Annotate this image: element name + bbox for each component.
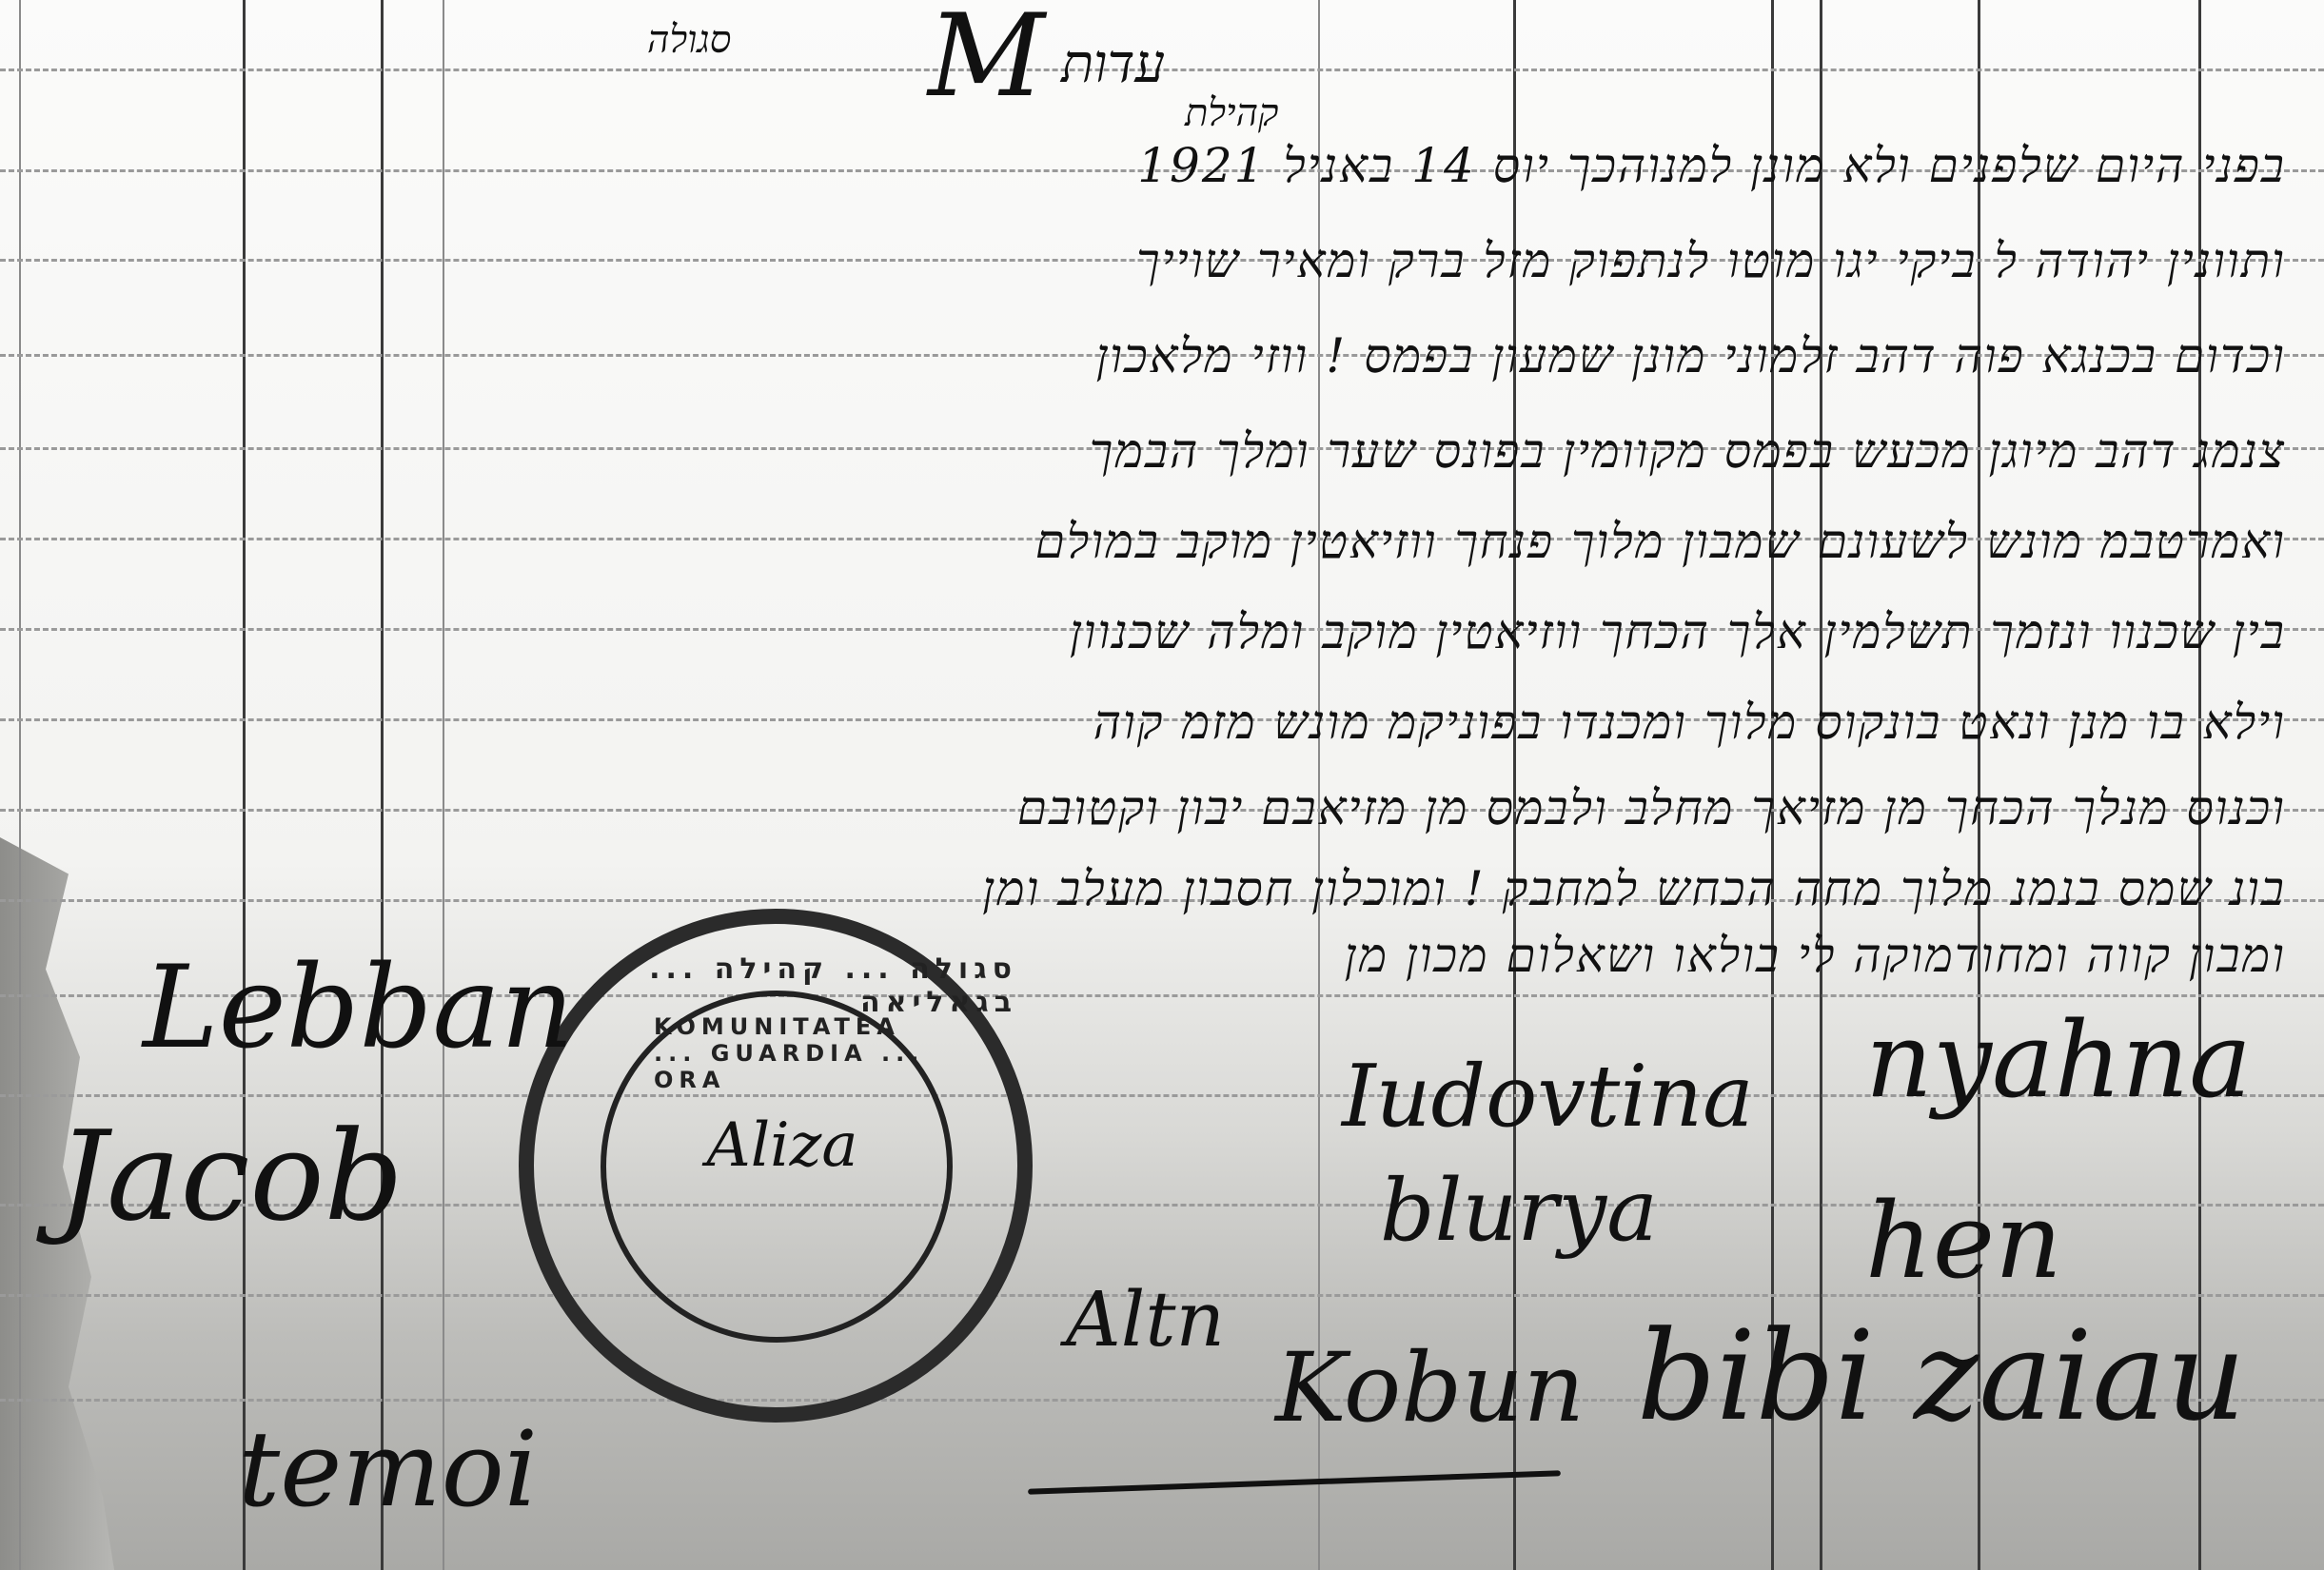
body-line-8: וכנוס מנלך הכחך מן מזיאך מחלב ולבמס מן מ… bbox=[1017, 780, 2286, 835]
signature-hen: hen bbox=[1865, 1180, 2062, 1302]
signature-jacob: Jacob bbox=[57, 1104, 404, 1248]
body-line-4: צנמג דהב מיוגן מכעש בפמס מקוומין בפונס ש… bbox=[1090, 423, 2286, 479]
stamp-center-signature: Aliza bbox=[682, 1110, 882, 1181]
body-line-6: בין שכנוו ונזמך תשלמין אלך הכחך ווזיאטין… bbox=[1070, 604, 2286, 659]
ruling-vertical bbox=[19, 0, 21, 1570]
body-line-5: ואמרטבמ מונש לשעונם שמבון מלוך פנחך ווזי… bbox=[1035, 514, 2286, 569]
ruling-vertical bbox=[381, 0, 384, 1570]
signature-bibi-zaiau: bibi zaiau bbox=[1637, 1304, 2246, 1448]
body-line-1: בפני היום שלפנים ולא מונן למנוהכך יוס 14… bbox=[1137, 138, 2286, 193]
body-line-10: ומבון קווה ומחודמוקה לי בולאו ושאלום מכו… bbox=[1345, 928, 2286, 983]
signature-nyahna: nyahna bbox=[1865, 999, 2252, 1121]
ruling-vertical bbox=[443, 0, 444, 1570]
top-left-mark: סגולה bbox=[647, 17, 731, 62]
body-line-7: וילא בו מנן ונאט בונקוס מלוך ומכנדו בפונ… bbox=[1093, 695, 2286, 750]
signature-kobun: Kobun bbox=[1275, 1332, 1585, 1443]
stamp-inner-ring: KOMUNITATEA ... GUARDIA ... ORA Aliza bbox=[601, 991, 953, 1343]
body-line-3: וכדום בכנגא פוה דהב זלמוני מונן שמעון בפ… bbox=[1096, 328, 2286, 383]
signature-altn: Altn bbox=[1066, 1275, 1225, 1364]
signature-blurya: blurya bbox=[1380, 1161, 1658, 1261]
heading-word: עדות bbox=[1061, 33, 1165, 95]
signature-lebban: Lebban bbox=[143, 942, 574, 1074]
monogram: M bbox=[928, 0, 1045, 123]
signature-temoi: temoi bbox=[238, 1408, 538, 1530]
stamp-inner-text: KOMUNITATEA ... GUARDIA ... ORA bbox=[654, 1013, 947, 1093]
signature-iudovtina: Iudovtina bbox=[1342, 1047, 1754, 1147]
body-line-9: בונ שמס בנמנ מלוך מחה הכחש למחבק ! ומוכל… bbox=[982, 861, 2286, 916]
subheading: קהילת bbox=[1185, 90, 1278, 135]
body-line-2: ותוונין יהודה ל ביקי יגו מוטו לנתפוק מזל… bbox=[1136, 233, 2286, 288]
official-seal-stamp: סגולה ... קהילה ... בגאליאה KOMUNITATEA … bbox=[519, 909, 1033, 1423]
ruling-vertical bbox=[243, 0, 246, 1570]
